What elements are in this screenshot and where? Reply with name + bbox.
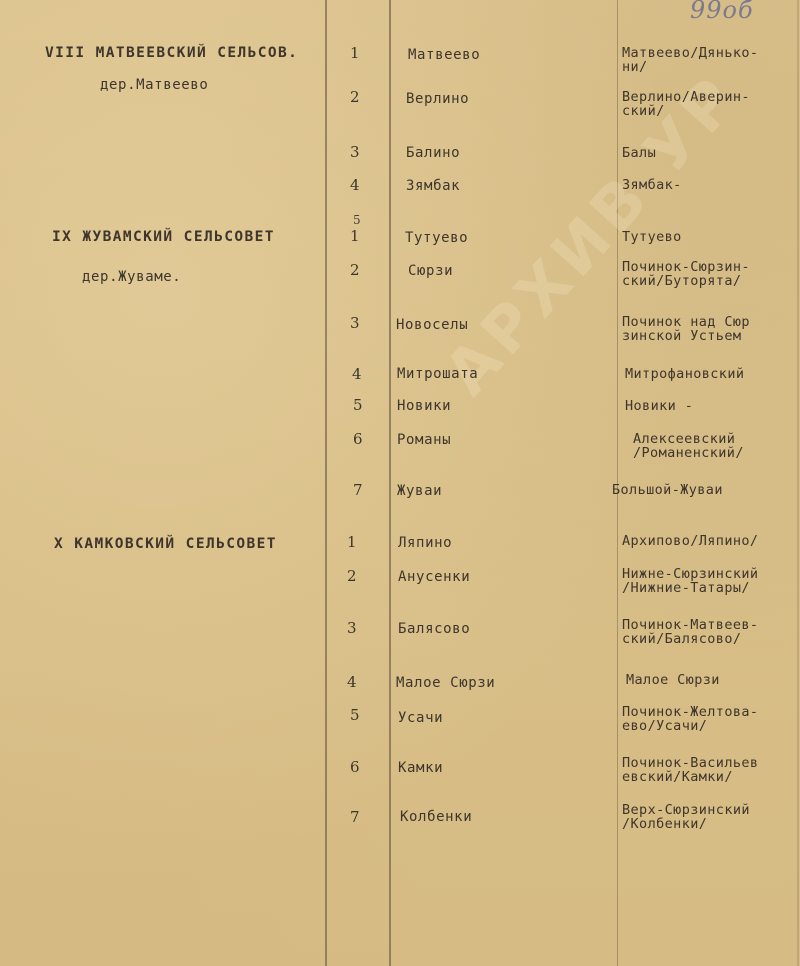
row-number-correction: 5 [353, 213, 361, 227]
row-number: 5 [353, 398, 363, 413]
former-name-line: Новики - [625, 399, 693, 413]
former-name-line: Починок-Васильев [622, 756, 758, 770]
settlement-name: Усачи [398, 711, 443, 726]
former-name-line: Починок-Желтова- [622, 705, 758, 719]
former-name-line: Нижне-Сюрзинский [622, 567, 758, 581]
row-number: 4 [352, 367, 362, 382]
former-name-line: /Романенский/ [633, 446, 744, 460]
row-number: 7 [353, 483, 363, 498]
row-number: 1 [347, 535, 357, 550]
settlement-name: Матвеево [408, 48, 480, 63]
former-name-line: Верлино/Аверин- [622, 90, 750, 104]
former-name-line: ни/ [622, 60, 648, 74]
settlement-name: Романы [397, 433, 451, 448]
settlement-name: Зямбак [406, 179, 460, 194]
settlement-name: Тутуево [405, 231, 468, 246]
row-number: 3 [347, 621, 357, 636]
row-number: 5 [350, 708, 360, 723]
council-center: дер.Жуваме. [82, 270, 181, 285]
row-number: 6 [350, 760, 360, 775]
settlement-name: Анусенки [398, 570, 470, 585]
folio-number: 99об [690, 0, 754, 24]
settlement-name: Новоселы [396, 318, 468, 333]
former-name-line: ский/Буторята/ [622, 274, 741, 288]
former-name-line: /Колбенки/ [622, 817, 707, 831]
row-number: 6 [353, 432, 363, 447]
former-name-line: Верх-Сюрзинский [622, 803, 750, 817]
former-name-line: ский/ [622, 104, 665, 118]
row-number: 7 [350, 810, 360, 825]
row-number: 3 [350, 316, 360, 331]
former-name-line: Митрофановский [625, 367, 744, 381]
former-name-line: Починок-Сюрзин- [622, 260, 750, 274]
row-number: 2 [347, 569, 357, 584]
former-name-line: Большой-Жуваи [612, 483, 723, 497]
settlement-name: Жуваи [397, 484, 442, 499]
page-edge [797, 0, 799, 966]
row-number: 4 [347, 675, 357, 690]
row-number: 4 [350, 178, 360, 193]
former-name-line: Малое Сюрзи [626, 673, 720, 687]
former-name-line: Балы [622, 146, 656, 160]
settlement-name: Камки [398, 761, 443, 776]
former-name-line: Починок над Сюр [622, 315, 750, 329]
former-name-line: Зямбак- [622, 178, 682, 192]
settlement-name: Ляпино [398, 536, 452, 551]
row-number: 1 [350, 229, 360, 244]
council-center: дер.Матвеево [100, 78, 208, 93]
settlement-name: Новики [397, 399, 451, 414]
former-name-line: /Нижние-Татары/ [622, 581, 750, 595]
council-title: X КАМКОВСКИЙ СЕЛЬСОВЕТ [54, 537, 277, 552]
row-number: 3 [350, 145, 360, 160]
row-number: 1 [350, 46, 360, 61]
former-name-line: ский/Балясово/ [622, 632, 741, 646]
row-number: 2 [350, 263, 360, 278]
former-name-line: Тутуево [622, 230, 682, 244]
column-rule-settlement-left [389, 0, 391, 966]
council-title: VIII МАТВЕЕВСКИЙ СЕЛЬСОВ. [45, 46, 298, 61]
settlement-name: Балясово [398, 622, 470, 637]
settlement-name: Митрошата [397, 367, 478, 382]
settlement-name: Балино [406, 146, 460, 161]
settlement-name: Малое Сюрзи [396, 676, 495, 691]
council-title: IX ЖУВАМСКИЙ СЕЛЬСОВЕТ [52, 230, 275, 245]
settlement-name: Колбенки [400, 810, 472, 825]
former-name-line: Матвеево/Дянько- [622, 46, 758, 60]
settlement-name: Сюрзи [408, 264, 453, 279]
row-number: 2 [350, 90, 360, 105]
former-name-line: Архипово/Ляпино/ [622, 534, 758, 548]
settlement-name: Верлино [406, 92, 469, 107]
former-name-line: евский/Камки/ [622, 770, 733, 784]
former-name-line: Алексеевский [633, 432, 735, 446]
former-name-line: Починок-Матвеев- [622, 618, 758, 632]
former-name-line: ево/Усачи/ [622, 719, 707, 733]
column-rule-number-left [325, 0, 327, 966]
former-name-line: зинской Устьем [622, 329, 741, 343]
